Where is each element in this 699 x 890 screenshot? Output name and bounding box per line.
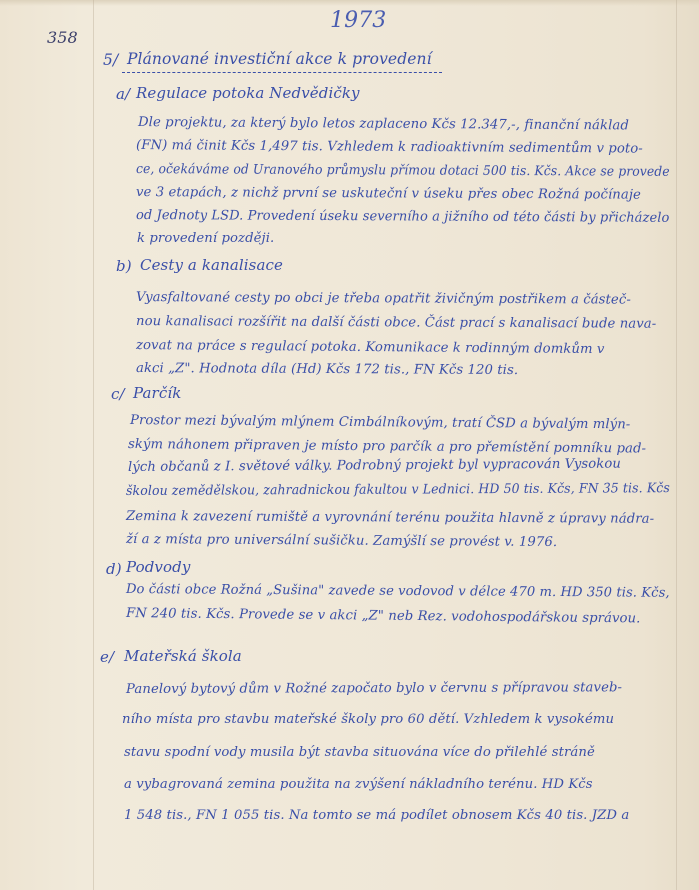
left-margin-line <box>93 0 94 890</box>
paragraph-line: zovat na práce s regulací potoka. Komuni… <box>136 338 605 357</box>
paragraph-line: 1 548 tis., FN 1 055 tis. Na tomto se má… <box>124 808 629 823</box>
paragraph-line: ským náhonem připraven je místo pro parč… <box>128 437 646 457</box>
subsection-c-title: Parčík <box>133 384 181 402</box>
section-title: Plánované investiční akce k provedení <box>127 50 432 68</box>
paragraph-line: od Jednoty LSD. Provedení úseku severníh… <box>136 208 670 226</box>
paragraph-line: ží a z místa pro universální sušičku. Za… <box>126 532 557 550</box>
paragraph-line: Do části obce Rožná „Sušina" zavede se v… <box>126 582 670 601</box>
paragraph-line: lých občanů z I. světové války. Podrobný… <box>128 457 621 475</box>
paragraph-line: FN 240 tis. Kčs. Provede se v akci „Z" n… <box>126 606 641 626</box>
subsection-e-title: Mateřská škola <box>124 647 242 665</box>
paragraph-line: ve 3 etapách, z nichž první se uskuteční… <box>136 185 641 203</box>
section-title-underline <box>122 72 442 73</box>
paragraph-line: akci „Z". Hodnota díla (Hd) Kčs 172 tis.… <box>136 361 518 378</box>
paragraph-line: školou zemědělskou, zahradnickou fakulto… <box>126 481 670 499</box>
paragraph-line: (FN) má činit Kčs 1,497 tis. Vzhledem k … <box>136 138 643 157</box>
subsection-d-label: d) <box>106 560 122 578</box>
section-number: 5/ <box>103 51 118 69</box>
subsection-a-title: Regulace potoka Nedvědičky <box>136 84 360 102</box>
paragraph-line: ce, očekáváme od Uranového průmyslu přím… <box>136 162 670 180</box>
paragraph-line: k provedení později. <box>137 231 274 246</box>
year-heading: 1973 <box>330 8 386 33</box>
subsection-b-label: b) <box>116 257 132 275</box>
subsection-c-label: c/ <box>111 385 125 403</box>
paragraph-line: ního místa pro stavbu mateřské školy pro… <box>122 712 614 727</box>
right-margin-line <box>676 0 677 890</box>
subsection-b-title: Cesty a kanalisace <box>140 256 283 274</box>
subsection-d-title: Podvody <box>126 558 190 576</box>
handwritten-chronicle-page: 1973 358 5/ Plánované investiční akce k … <box>0 0 699 890</box>
paragraph-line: Zemina k zavezení rumiště a vyrovnání te… <box>126 509 654 527</box>
paragraph-line: Dle projektu, za který bylo letos zaplac… <box>138 115 629 133</box>
paragraph-line: Vyasfaltované cesty po obci je třeba opa… <box>136 290 631 308</box>
subsection-a-label: a/ <box>116 85 130 103</box>
subsection-e-label: e/ <box>100 648 114 666</box>
paragraph-line: Panelový bytový dům v Rožné započato byl… <box>126 680 622 697</box>
paragraph-line: nou kanalisaci rozšířit na další části o… <box>136 314 656 332</box>
page-number: 358 <box>47 28 78 47</box>
paragraph-line: a vybagrovaná zemina použita na zvýšení … <box>124 777 593 792</box>
paragraph-line: stavu spodní vody musila být stavba situ… <box>124 745 595 760</box>
paragraph-line: Prostor mezi bývalým mlýnem Cimbálníkový… <box>130 413 631 432</box>
